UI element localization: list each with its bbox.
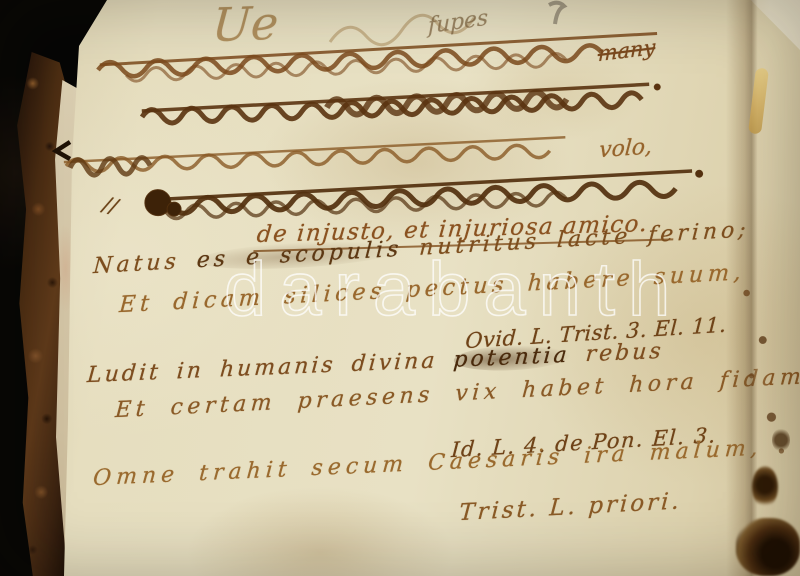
corner-damage-blob bbox=[736, 518, 800, 576]
crossed-line-3-end-fragment: volo, bbox=[598, 136, 652, 162]
verse-3-post: rebus bbox=[569, 339, 665, 368]
watermark-text: darabanth bbox=[224, 252, 683, 328]
edge-damage-spot-mid bbox=[752, 466, 778, 508]
verse-3-blotted-word: potentia bbox=[452, 343, 570, 373]
edge-damage-spot-small bbox=[772, 428, 790, 452]
faded-heading-text: Ue bbox=[211, 0, 280, 48]
manuscript-photo: Ue fupes many volo, // de injusto, et in… bbox=[0, 0, 800, 576]
